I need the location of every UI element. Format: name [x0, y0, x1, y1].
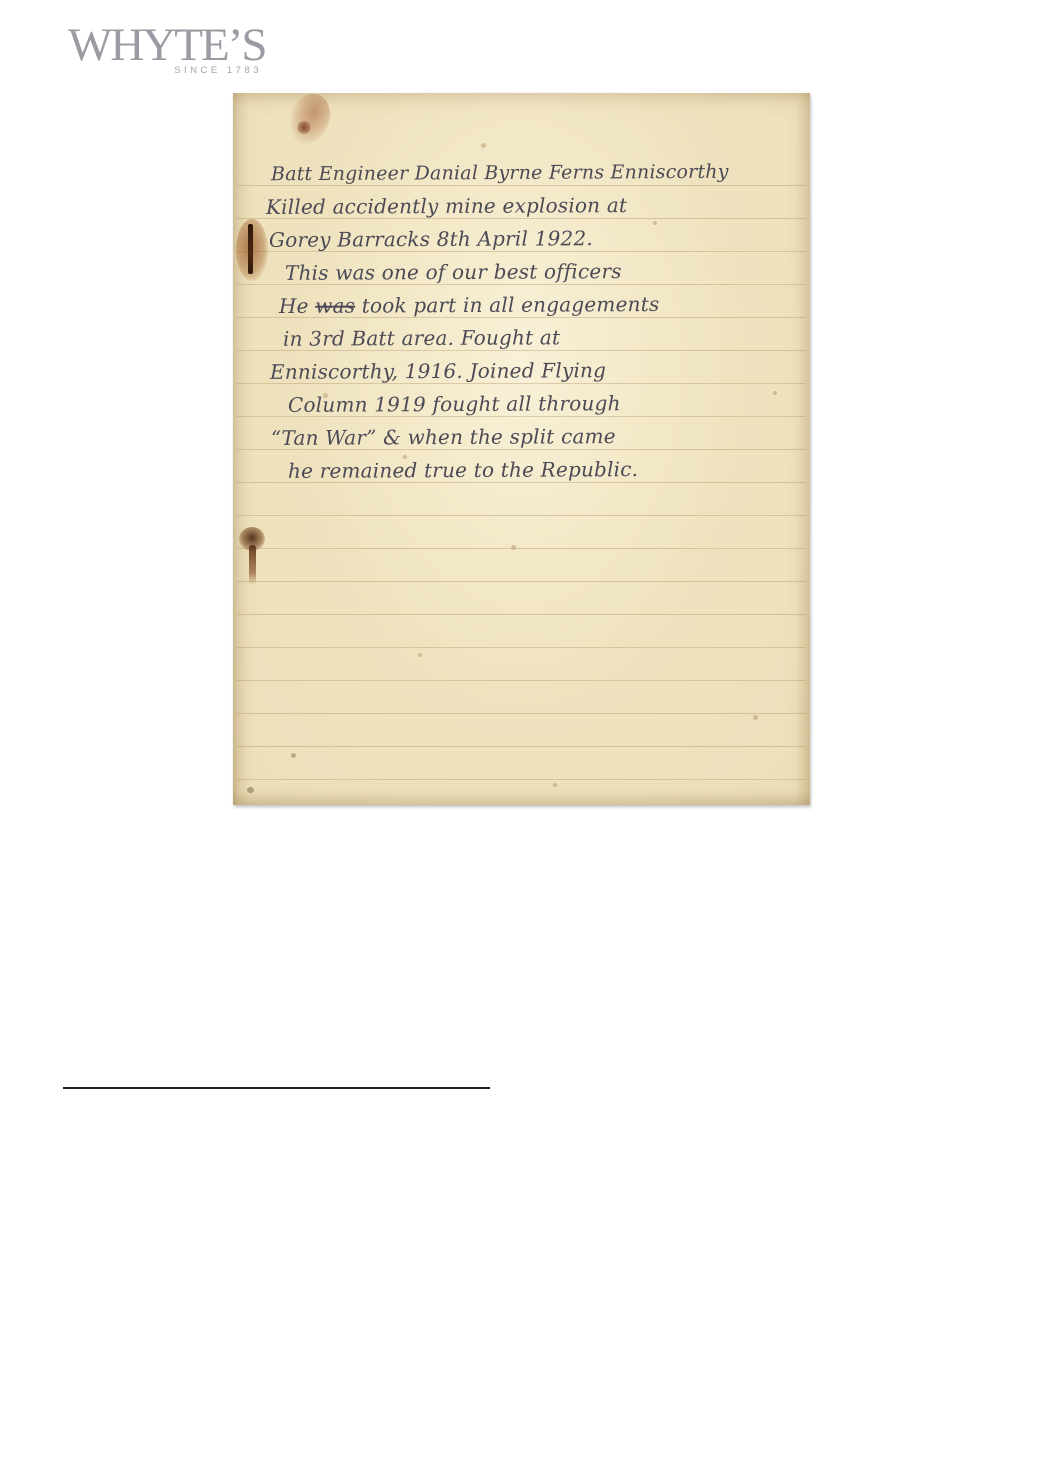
handwriting-line: He was took part in all engagements	[279, 288, 660, 323]
footnote-rule	[63, 1087, 490, 1089]
whytes-logo-wordmark: WHYTE’S	[68, 22, 264, 69]
handwriting-line: Batt Engineer Danial Byrne Ferns Ennisco…	[271, 156, 729, 191]
foxing-spot	[511, 545, 516, 550]
struck-word: was	[315, 294, 355, 318]
manuscript-scan: Batt Engineer Danial Byrne Ferns Ennisco…	[233, 93, 810, 805]
foxing-spot	[247, 787, 254, 793]
handwriting-segment: took part in all engagements	[355, 292, 659, 318]
rusty-staple-top	[236, 219, 268, 281]
foxing-spot	[553, 783, 557, 787]
handwriting-line: Killed accidently mine explosion at	[266, 189, 627, 224]
foxing-spot	[773, 391, 777, 395]
foxing-spot	[418, 653, 422, 657]
ink-stain-core	[297, 121, 311, 134]
foxing-spot	[653, 221, 657, 225]
foxing-spot	[753, 715, 758, 720]
handwriting-line: he remained true to the Republic.	[288, 453, 638, 488]
handwriting-line: This was one of our best officers	[285, 255, 622, 290]
handwriting-line: Enniscorthy, 1916. Joined Flying	[270, 354, 606, 389]
rusty-staple-bottom	[239, 527, 267, 589]
handwriting-segment: He	[279, 294, 315, 318]
handwriting-line: Column 1919 fought all through	[288, 387, 621, 422]
handwriting-line: in 3rd Batt area. Fought at	[283, 321, 560, 355]
staple-bar	[248, 224, 253, 274]
handwriting-line: Gorey Barracks 8th April 1922.	[269, 222, 593, 257]
handwriting-line: “Tan War” & when the split came	[271, 420, 616, 455]
whytes-logo: WHYTE’S SINCE 1783	[68, 22, 264, 76]
foxing-spot	[481, 143, 486, 148]
foxing-spot	[291, 753, 296, 758]
ink-stain	[280, 87, 338, 151]
rust-streak	[249, 545, 256, 585]
